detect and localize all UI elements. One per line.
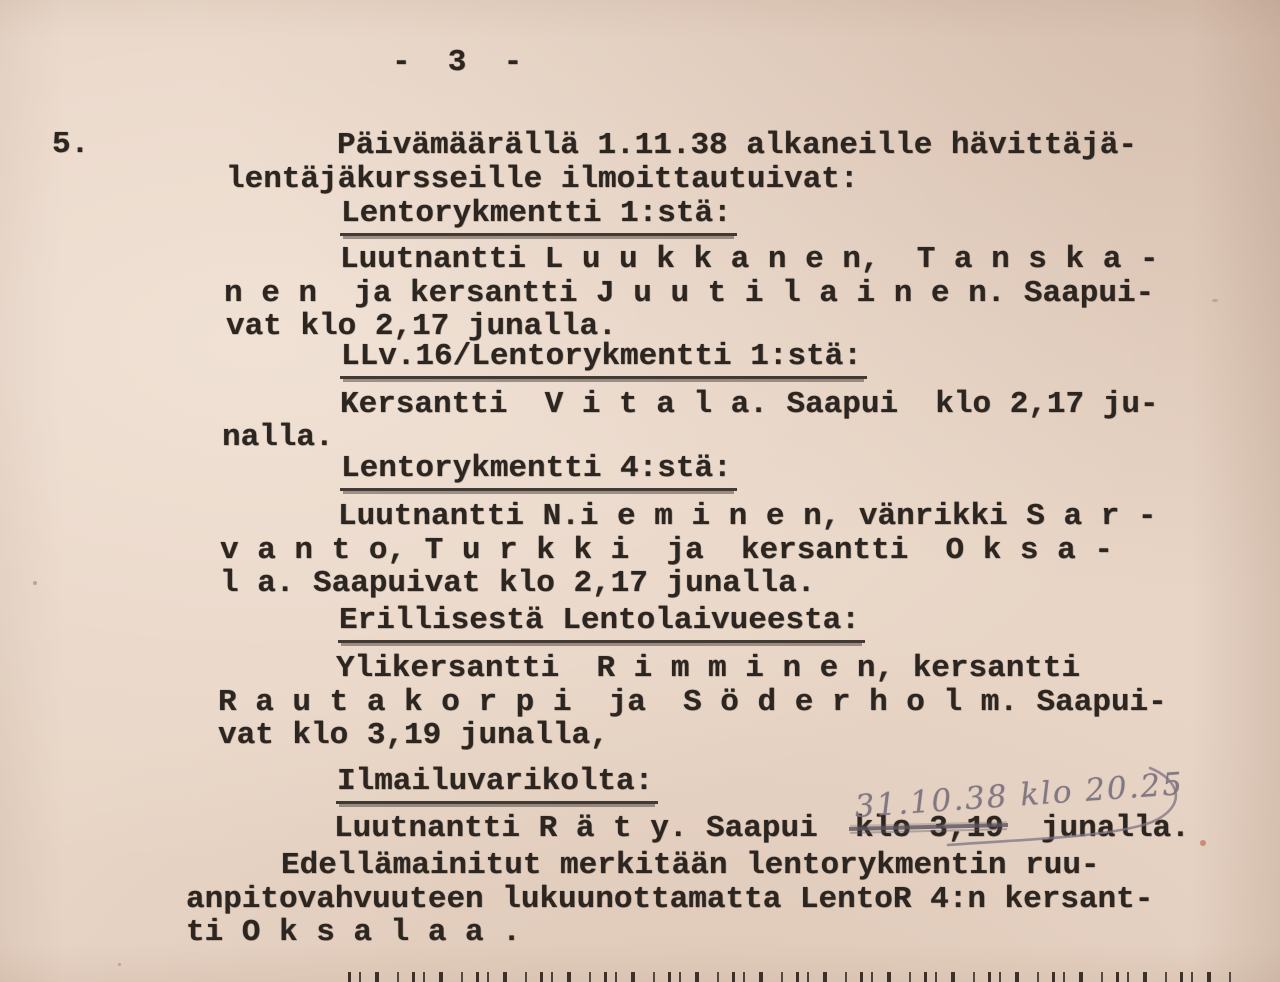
section-heading-varikko: Ilmailuvarikolta: <box>336 765 658 804</box>
paragraph-line: R a u t a k o r p i ja S ö d e r h o l m… <box>218 686 1167 720</box>
arrival-text: Luutnantti R ä t y. Saapui <box>334 811 855 846</box>
underlined-heading: LLv.16/Lentorykmentti 1:stä: <box>340 340 867 379</box>
paper-speck <box>1200 840 1206 846</box>
section-heading-regiment4: Lentorykmentti 4:stä: <box>340 452 737 491</box>
paper-speck <box>1212 299 1218 302</box>
intro-line: Päivämäärällä 1.11.38 alkaneille hävittä… <box>337 129 1137 163</box>
paragraph-line: Luutnantti N.i e m i n e n, vänrikki S a… <box>338 500 1157 534</box>
paragraph-line: ti O k s a l a a . <box>186 916 521 950</box>
paper-speck <box>118 963 121 966</box>
paragraph-line: Edellämainitut merkitään lentorykmentin … <box>281 849 1100 883</box>
paragraph-line: vat klo 3,19 junalla, <box>218 719 609 753</box>
paper-speck <box>33 581 37 585</box>
paragraph-line: Ylikersantti R i m m i n e n, kersantti <box>336 652 1080 686</box>
section-number: 5. <box>52 128 89 162</box>
paragraph-line: nalla. <box>222 421 334 455</box>
arrival-text: junalla. <box>1004 811 1190 846</box>
underlined-heading: Ilmailuvarikolta: <box>336 765 658 804</box>
section-heading-llv16: LLv.16/Lentorykmentti 1:stä: <box>340 340 867 379</box>
document-page: - 3 - 5. Päivämäärällä 1.11.38 alkaneill… <box>0 0 1280 982</box>
section-heading-regiment1: Lentorykmentti 1:stä: <box>340 197 737 236</box>
cutoff-text-line <box>348 972 1232 982</box>
underlined-heading: Lentorykmentti 4:stä: <box>340 452 737 491</box>
paragraph-line: anpitovahvuuteen lukuunottamatta LentoR … <box>186 883 1153 917</box>
underlined-heading: Lentorykmentti 1:stä: <box>340 197 737 236</box>
intro-line: lentäjäkursseille ilmoittautuivat: <box>226 163 859 197</box>
page-number: - 3 - <box>392 46 522 80</box>
paragraph-line: l a. Saapuivat klo 2,17 junalla. <box>220 567 815 601</box>
paragraph-line: v a n t o, T u r k k i ja kersantti O k … <box>220 534 1113 568</box>
paragraph-line: Luutnantti L u u k k a n e n, T a n s k … <box>340 243 1159 277</box>
paragraph-line: Luutnantti R ä t y. Saapui klo 3,19 juna… <box>334 812 1190 846</box>
paragraph-line: Kersantti V i t a l a. Saapui klo 2,17 j… <box>340 388 1159 422</box>
section-heading-erillinen: Erillisestä Lentolaivueesta: <box>338 604 865 643</box>
paragraph-line: n e n ja kersantti J u u t i l a i n e n… <box>224 277 1154 311</box>
underlined-heading: Erillisestä Lentolaivueesta: <box>338 604 865 643</box>
